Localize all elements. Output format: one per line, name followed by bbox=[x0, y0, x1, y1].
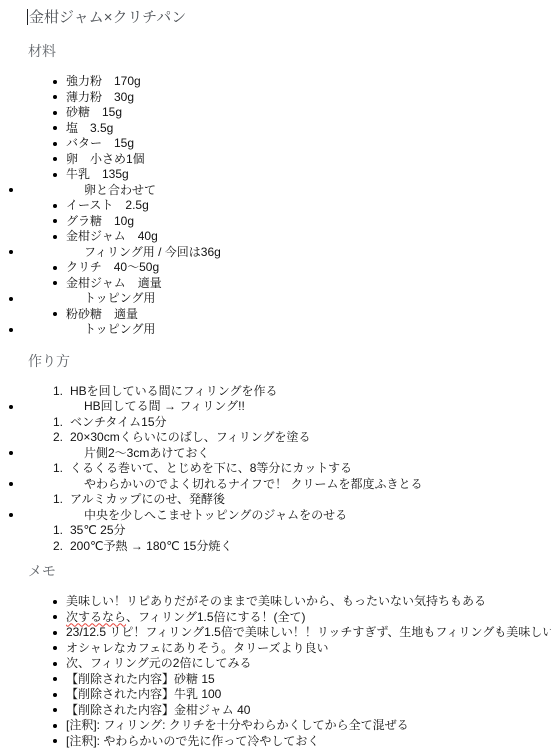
list-item[interactable]: オシャレなカフェにありそう。タリーズより良い bbox=[0, 641, 551, 657]
bullet-icon bbox=[53, 235, 57, 239]
list-item-text[interactable]: トッピング用 bbox=[0, 291, 551, 307]
list-item-text[interactable]: バター 15g bbox=[0, 136, 551, 152]
section-heading-ingredients[interactable]: 材料 bbox=[28, 42, 551, 60]
bullet-icon bbox=[53, 95, 57, 99]
list-item-text[interactable]: イースト 2.5g bbox=[0, 198, 551, 214]
numbered-item[interactable]: 2.20×30cmくらいにのばし、フィリングを塗る bbox=[0, 430, 551, 446]
list-item-text[interactable]: [注釈]: フィリング: クリチを十分やわらかくしてから全て混ぜる bbox=[0, 718, 551, 734]
list-item-text[interactable]: 美味しい！リピありだがそのままで美味しいから、もったいない気持ちもある bbox=[0, 594, 551, 610]
list-item-text[interactable]: フィリング用 / 今回は36g bbox=[0, 245, 551, 261]
bullet-icon bbox=[9, 250, 13, 254]
list-item-text[interactable]: グラ糖 10g bbox=[0, 214, 551, 230]
numbered-item[interactable]: 1.くるくる巻いて、とじめを下に、8等分にカットする bbox=[0, 461, 551, 477]
list-item[interactable]: 塩 3.5g bbox=[0, 121, 551, 137]
list-item[interactable]: 薄力粉 30g bbox=[0, 90, 551, 106]
numbered-item[interactable]: 1.HBを回している間にフィリングを作る bbox=[0, 384, 551, 400]
misspelled-word[interactable]: 次するなら bbox=[66, 610, 126, 624]
bullet-icon bbox=[9, 405, 13, 409]
bullet-icon bbox=[9, 451, 13, 455]
list-item-text[interactable]: 20×30cmくらいにのばし、フィリングを塗る bbox=[0, 430, 551, 446]
list-item-text[interactable]: アルミカップにのせ、発酵後 bbox=[0, 492, 551, 508]
bullet-icon bbox=[53, 219, 57, 223]
bullet-icon bbox=[9, 297, 13, 301]
list-item-note[interactable]: フィリング用 / 今回は36g bbox=[0, 245, 551, 261]
list-number: 1. bbox=[53, 461, 63, 477]
list-item-note[interactable]: トッピング用 bbox=[0, 291, 551, 307]
list-item[interactable]: 【削除された内容】牛乳 100 bbox=[0, 687, 551, 703]
list-item[interactable]: 次するなら、フィリング1.5倍にする！(全て) bbox=[0, 610, 551, 626]
list-item-text[interactable]: 200℃予熱 → 180℃ 15分焼く bbox=[0, 539, 551, 555]
list-number: 2. bbox=[53, 539, 63, 555]
bullet-icon bbox=[53, 631, 57, 635]
list-item[interactable]: 金柑ジャム 40g bbox=[0, 229, 551, 245]
list-item-text[interactable]: HB回してる間 → フィリング!! bbox=[0, 399, 551, 415]
list-item-text[interactable]: くるくる巻いて、とじめを下に、8等分にカットする bbox=[0, 461, 551, 477]
list-item-text[interactable]: 金柑ジャム 40g bbox=[0, 229, 551, 245]
list-item[interactable]: [注釈]: フィリング: クリチを十分やわらかくしてから全て混ぜる bbox=[0, 718, 551, 734]
bullet-icon bbox=[53, 739, 57, 743]
list-item-text[interactable]: 卵 小さめ1個 bbox=[0, 152, 551, 168]
list-item-text[interactable]: 次するなら、フィリング1.5倍にする！(全て) bbox=[0, 610, 551, 626]
bullet-icon bbox=[53, 266, 57, 270]
bullet-icon bbox=[9, 482, 13, 486]
list-item-note[interactable]: トッピング用 bbox=[0, 322, 551, 338]
numbered-item[interactable]: 1.アルミカップにのせ、発酵後 bbox=[0, 492, 551, 508]
list-item-text[interactable]: 金柑ジャム 適量 bbox=[0, 276, 551, 292]
howto-list: 1.HBを回している間にフィリングを作る HB回してる間 → フィリング!! 1… bbox=[0, 384, 551, 555]
list-item[interactable]: 強力粉 170g bbox=[0, 74, 551, 90]
bullet-icon bbox=[53, 615, 57, 619]
list-item[interactable]: 23/12.5 リピ！フィリング1.5倍で美味しい！！リッチすぎず、生地もフィリ… bbox=[0, 625, 551, 641]
list-item-note[interactable]: 卵と合わせて bbox=[0, 183, 551, 199]
bullet-icon bbox=[53, 724, 57, 728]
list-item[interactable]: 美味しい！リピありだがそのままで美味しいから、もったいない気持ちもある bbox=[0, 594, 551, 610]
bullet-icon bbox=[53, 708, 57, 712]
list-item[interactable]: 【削除された内容】金柑ジャム 40 bbox=[0, 703, 551, 719]
bullet-icon bbox=[53, 312, 57, 316]
list-item-text[interactable]: 牛乳 135g bbox=[0, 167, 551, 183]
list-item-text[interactable]: 次、フィリング元の2倍にしてみる bbox=[0, 656, 551, 672]
bullet-icon bbox=[53, 157, 57, 161]
list-item-text[interactable]: オシャレなカフェにありそう。タリーズより良い bbox=[0, 641, 551, 657]
list-item-text[interactable]: 【削除された内容】金柑ジャム 40 bbox=[0, 703, 551, 719]
list-item[interactable]: [注釈]: やわらかいので先に作って冷やしておく bbox=[0, 734, 551, 748]
list-item-note[interactable]: HB回してる間 → フィリング!! bbox=[0, 399, 551, 415]
list-item-text[interactable]: 35℃ 25分 bbox=[0, 523, 551, 539]
bullet-icon bbox=[53, 142, 57, 146]
list-item-text[interactable]: 砂糖 15g bbox=[0, 105, 551, 121]
list-item-note[interactable]: 中央を少しへこませトッピングのジャムをのせる bbox=[0, 508, 551, 524]
bullet-icon bbox=[9, 328, 13, 332]
list-item-note[interactable]: やわらかいのでよく切れるナイフで！ クリームを都度ふきとる bbox=[0, 477, 551, 493]
section-heading-howto[interactable]: 作り方 bbox=[28, 352, 551, 370]
list-number: 1. bbox=[53, 384, 63, 400]
list-item[interactable]: クリチ 40〜50g bbox=[0, 260, 551, 276]
list-item[interactable]: 粉砂糖 適量 bbox=[0, 307, 551, 323]
list-item-text[interactable]: 塩 3.5g bbox=[0, 121, 551, 137]
list-item[interactable]: 卵 小さめ1個 bbox=[0, 152, 551, 168]
section-heading-memo[interactable]: メモ bbox=[28, 562, 551, 580]
list-number: 2. bbox=[53, 430, 63, 446]
bullet-icon bbox=[9, 513, 13, 517]
list-item[interactable]: グラ糖 10g bbox=[0, 214, 551, 230]
list-item-text[interactable]: 卵と合わせて bbox=[0, 183, 551, 199]
text-caret bbox=[27, 9, 28, 25]
list-item[interactable]: 砂糖 15g bbox=[0, 105, 551, 121]
list-item-text[interactable]: 強力粉 170g bbox=[0, 74, 551, 90]
list-item-text-rest[interactable]: 、フィリング1.5倍にする！(全て) bbox=[126, 610, 305, 624]
memo-list: 美味しい！リピありだがそのままで美味しいから、もったいない気持ちもある 次するな… bbox=[0, 594, 551, 748]
list-item[interactable]: 牛乳 135g bbox=[0, 167, 551, 183]
list-item[interactable]: 【削除された内容】砂糖 15 bbox=[0, 672, 551, 688]
list-item[interactable]: イースト 2.5g bbox=[0, 198, 551, 214]
list-item-text[interactable]: 粉砂糖 適量 bbox=[0, 307, 551, 323]
list-item-text[interactable]: トッピング用 bbox=[0, 322, 551, 338]
list-item-text[interactable]: やわらかいのでよく切れるナイフで！ クリームを都度ふきとる bbox=[0, 477, 551, 493]
numbered-item[interactable]: 1.35℃ 25分 bbox=[0, 523, 551, 539]
document-page[interactable]: 金柑ジャム×クリチパン 材料 強力粉 170g 薄力粉 30g 砂糖 15g 塩… bbox=[0, 0, 551, 748]
numbered-item[interactable]: 2.200℃予熱 → 180℃ 15分焼く bbox=[0, 539, 551, 555]
list-item-text[interactable]: [注釈]: やわらかいので先に作って冷やしておく bbox=[0, 734, 551, 748]
list-item-text[interactable]: 薄力粉 30g bbox=[0, 90, 551, 106]
list-item[interactable]: バター 15g bbox=[0, 136, 551, 152]
list-item-text[interactable]: 【削除された内容】牛乳 100 bbox=[0, 687, 551, 703]
doc-title-text[interactable]: 金柑ジャム×クリチパン bbox=[29, 9, 186, 26]
numbered-item[interactable]: 1.ベンチタイム15分 bbox=[0, 415, 551, 431]
list-item-note[interactable]: 片側2〜3cmあけておく bbox=[0, 446, 551, 462]
bullet-icon bbox=[53, 677, 57, 681]
bullet-icon bbox=[53, 662, 57, 666]
list-item[interactable]: 次、フィリング元の2倍にしてみる bbox=[0, 656, 551, 672]
bullet-icon bbox=[53, 600, 57, 604]
list-item-text[interactable]: ベンチタイム15分 bbox=[0, 415, 551, 431]
list-number: 1. bbox=[53, 492, 63, 508]
list-item-text[interactable]: 片側2〜3cmあけておく bbox=[0, 446, 551, 462]
list-item-text[interactable]: HBを回している間にフィリングを作る bbox=[0, 384, 551, 400]
list-item[interactable]: 金柑ジャム 適量 bbox=[0, 276, 551, 292]
bullet-icon bbox=[53, 693, 57, 697]
ingredients-list: 強力粉 170g 薄力粉 30g 砂糖 15g 塩 3.5g バター 15g 卵… bbox=[0, 74, 551, 338]
bullet-icon bbox=[53, 80, 57, 84]
bullet-icon bbox=[53, 173, 57, 177]
bullet-icon bbox=[53, 204, 57, 208]
list-item-text[interactable]: クリチ 40〜50g bbox=[0, 260, 551, 276]
list-item-text[interactable]: 【削除された内容】砂糖 15 bbox=[0, 672, 551, 688]
list-item-text[interactable]: 中央を少しへこませトッピングのジャムをのせる bbox=[0, 508, 551, 524]
doc-title[interactable]: 金柑ジャム×クリチパン bbox=[27, 8, 551, 28]
bullet-icon bbox=[53, 646, 57, 650]
list-number: 1. bbox=[53, 415, 63, 431]
bullet-icon bbox=[53, 281, 57, 285]
list-number: 1. bbox=[53, 523, 63, 539]
list-item-text[interactable]: 23/12.5 リピ！フィリング1.5倍で美味しい！！リッチすぎず、生地もフィリ… bbox=[0, 625, 551, 641]
bullet-icon bbox=[53, 126, 57, 130]
bullet-icon bbox=[53, 111, 57, 115]
bullet-icon bbox=[9, 188, 13, 192]
